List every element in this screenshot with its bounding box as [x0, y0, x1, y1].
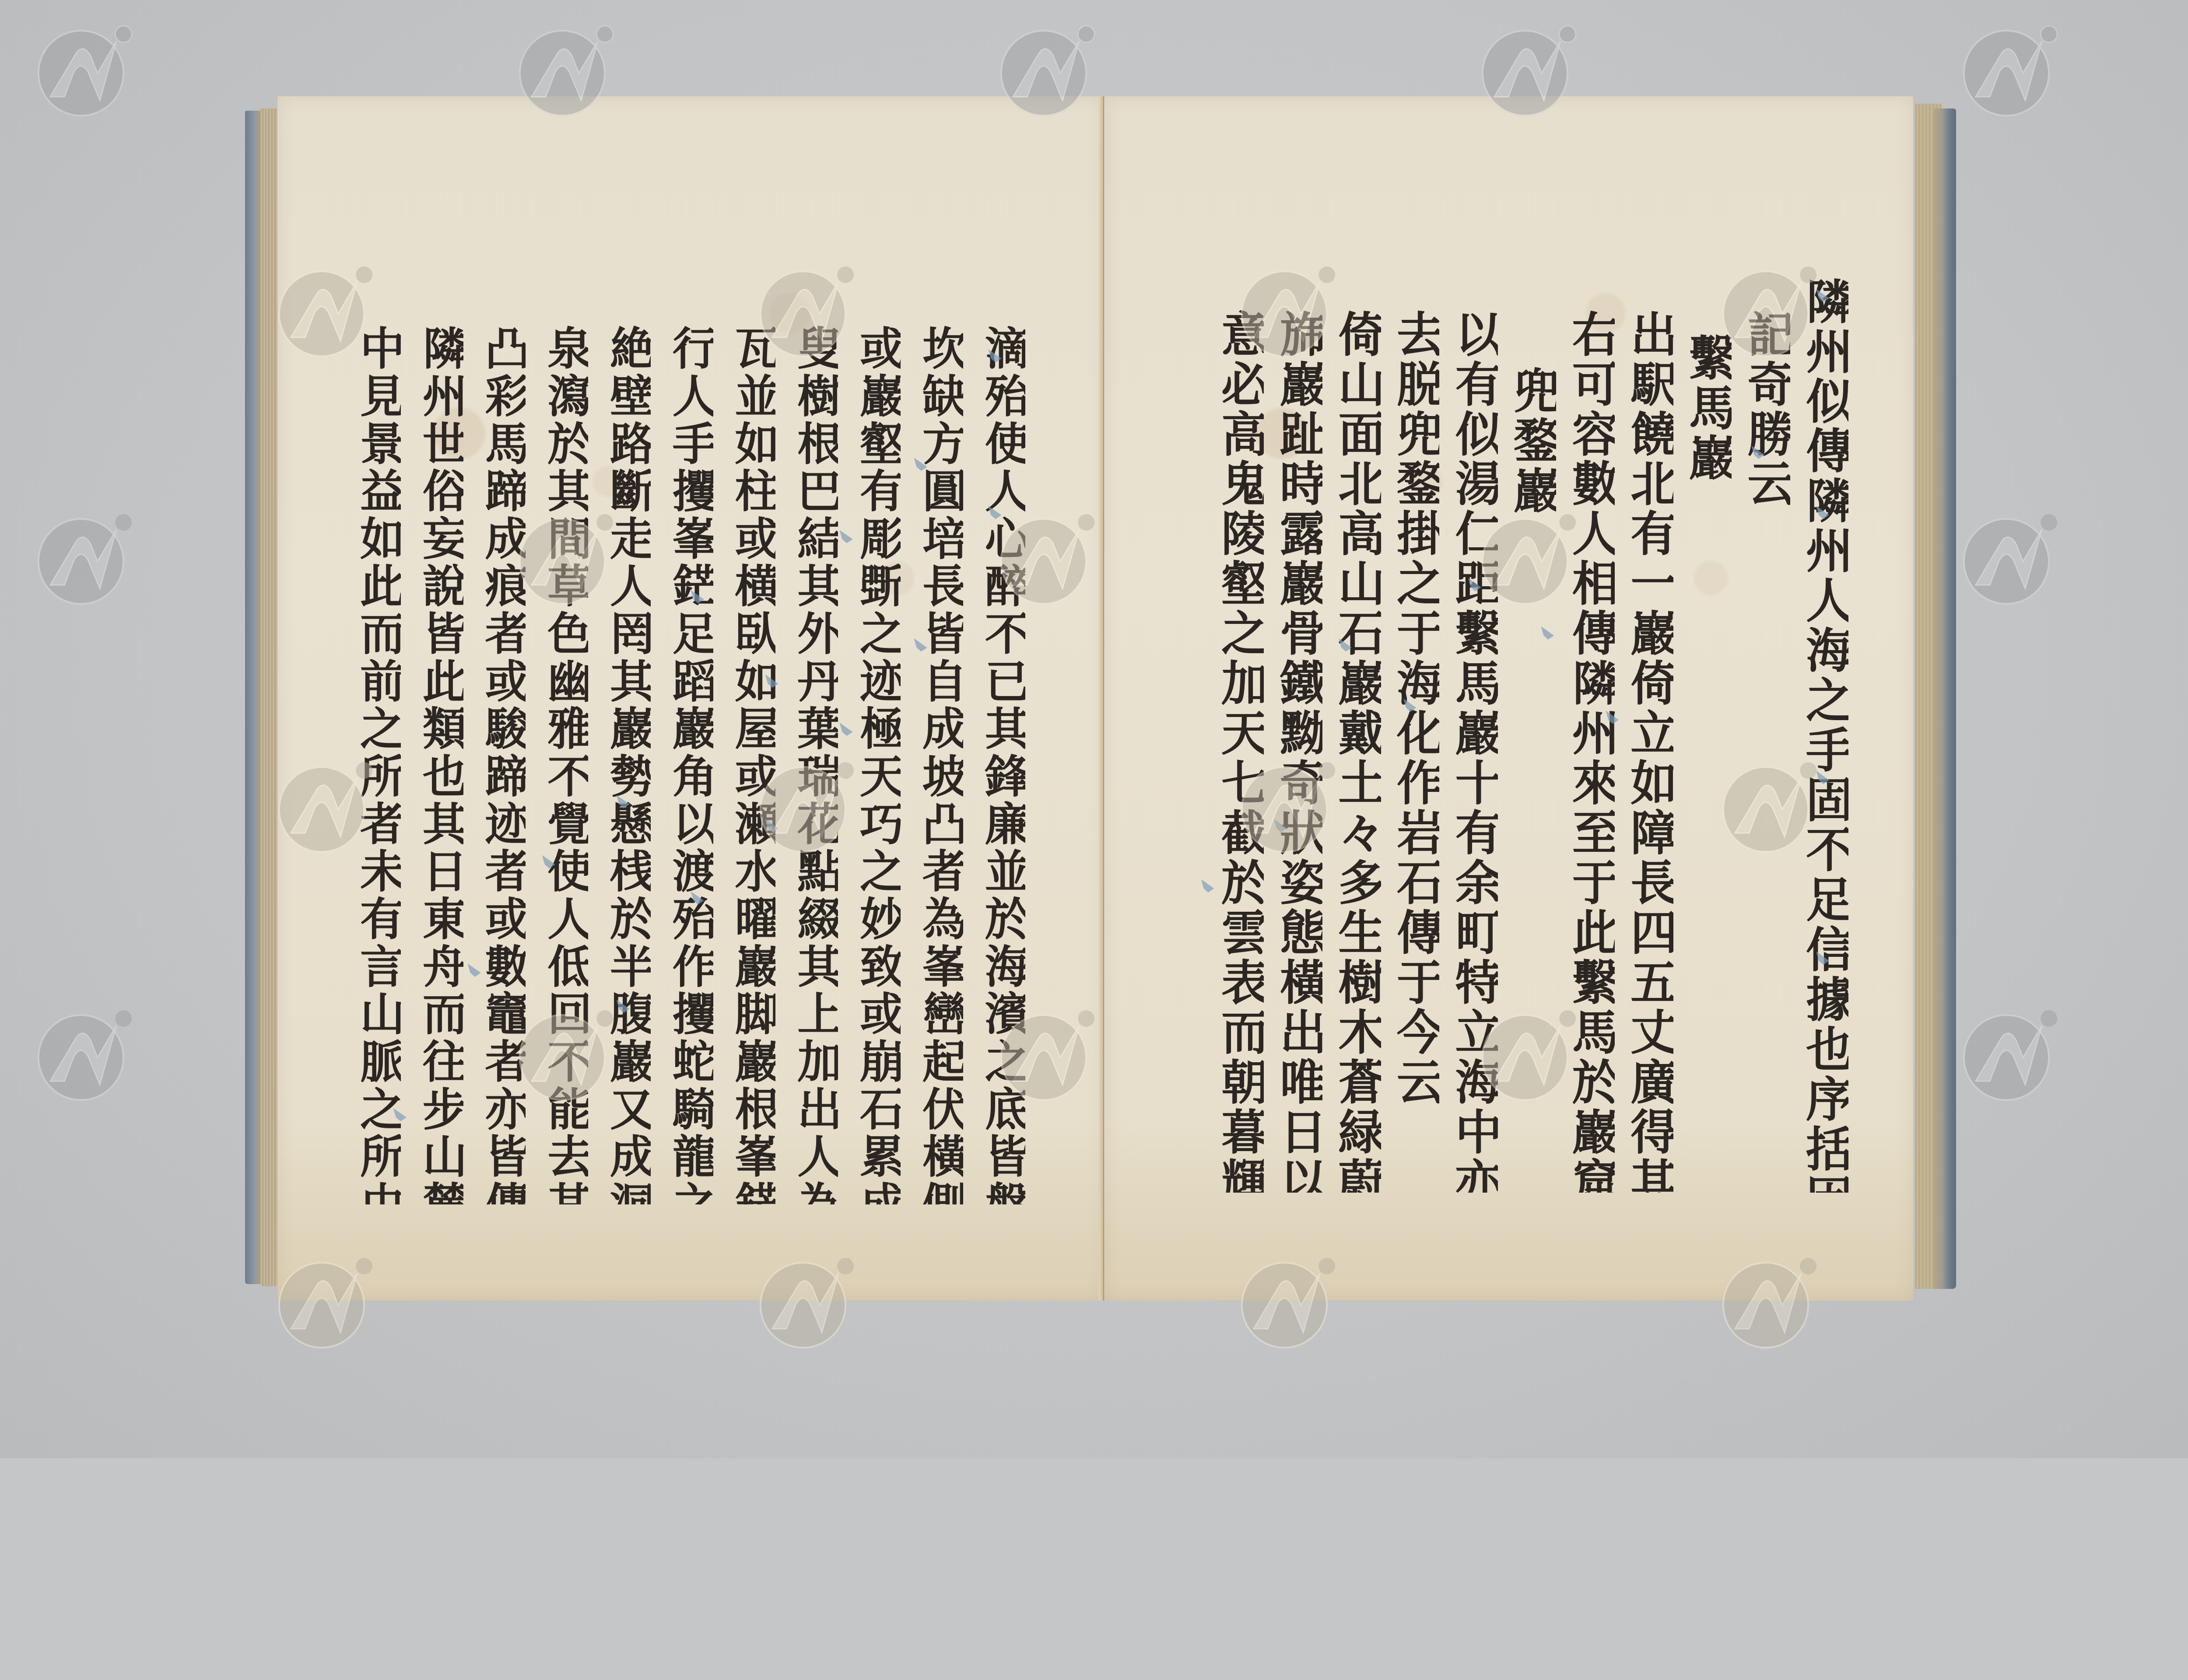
text-column: 倚山面北高山石巖戴土々多生樹木蒼緑蔚蔥如人崇礪 — [1322, 277, 1381, 1193]
text-column: 瓦並如柱或横臥如屋或瀬水曜巖脚巖根峯鋩銳利 — [713, 325, 776, 1204]
watermark-logo-icon — [1947, 496, 2065, 615]
text-column: 行人手攫峯鋩足蹈巖角以渡殆作攫蛇騎龍之想或 — [651, 325, 713, 1204]
text-column: 泉瀉於其間草色幽雅不覺使人低回不能去其石上凹 — [526, 325, 588, 1204]
photo-stage: 滴殆使人心醉不已其鋒廉並於海濱之底皆盤石而凹者為 坎缺方圓培長皆自成坡凸者為峯巒… — [0, 0, 2188, 1458]
text-column: 或巖壑有彫斲之迹極天巧之妙致或崩石累成一巖旆 — [838, 325, 901, 1204]
text-column: 出駅饒北有一巖倚立如障長四五丈廣得其半下有三窟 — [1615, 277, 1673, 1193]
text-column: 兜鍪巖 — [1498, 277, 1557, 1193]
watermark-logo-icon — [22, 496, 140, 615]
text-column: 繫馬巖 — [1673, 277, 1732, 1193]
right-page: 隣州似傳隣州人海之手固不足信據也序括因其所在列之于左次 記奇勝云 繫馬巖 出駅饒… — [1104, 96, 1913, 1301]
text-column: 記奇勝云 — [1732, 277, 1790, 1193]
text-column: 隣州世俗妄說皆此類也其日東舟而往步山麓而還往 — [401, 325, 463, 1204]
book-cover-right — [1934, 108, 1956, 1289]
right-page-text: 隣州似傳隣州人海之手固不足信據也序括因其所在列之于左次 記奇勝云 繫馬巖 出駅饒… — [1169, 277, 1849, 1193]
text-column: 去脱兜鍪掛之于海化作岩石傳于今云 — [1381, 277, 1440, 1193]
left-page: 滴殆使人心醉不已其鋒廉並於海濱之底皆盤石而凹者為 坎缺方圓培長皆自成坡凸者為峯巒… — [277, 96, 1104, 1301]
watermark-logo-icon — [1947, 7, 2065, 127]
text-column: 絶壁路斷走人罔其巖勢懸桟於半腹巖又成洞門飛 — [588, 325, 651, 1204]
text-column: 中見景益如此而前之所者未有言山脈之所由起者復之 — [338, 325, 401, 1204]
text-column: 意必高鬼陵壑之加天七截於雲表而朝暮輝映勝絶 — [1206, 277, 1264, 1193]
watermark-logo-icon — [22, 7, 140, 127]
left-page-text: 滴殆使人心醉不已其鋒廉並於海濱之底皆盤石而凹者為 坎缺方圓培長皆自成坡凸者為峯巒… — [331, 325, 1025, 1204]
text-column: 滴殆使人心醉不已其鋒廉並於海濱之底皆盤石而凹者為 — [963, 325, 1026, 1204]
watermark-logo-icon — [1947, 992, 2065, 1111]
text-column: 隣州似傳隣州人海之手固不足信據也序括因其所在列之于左次 — [1790, 277, 1849, 1193]
text-column: 旆巖趾時露巖骨鐵黝奇狀姿態橫出唯日以聳而已至於 — [1264, 277, 1322, 1193]
text-column: 右可容數人相傳隣州來至于此繫馬於巖窟故名焉 — [1556, 277, 1615, 1193]
text-column: 坎缺方圓培長皆自成坡凸者為峯巒起伏橫側備諸形 — [901, 325, 963, 1204]
text-column: 以有似湯仁距繫馬巖十有余町特立海中亦傳隣州將入海 — [1439, 277, 1498, 1193]
text-column: 凸彩馬蹄成痕者或駿蹄迹者或數竈者亦皆傳之於 — [463, 325, 526, 1204]
watermark-logo-icon — [22, 992, 140, 1111]
page-edges-left — [260, 108, 279, 1287]
text-column: 叟樹根巴結其外丹葉瑞花點綴其上加出人為之巧或 — [775, 325, 838, 1204]
open-book: 滴殆使人心醉不已其鋒廉並於海濱之底皆盤石而凹者為 坎缺方圓培長皆自成坡凸者為峯巒… — [245, 96, 1956, 1301]
